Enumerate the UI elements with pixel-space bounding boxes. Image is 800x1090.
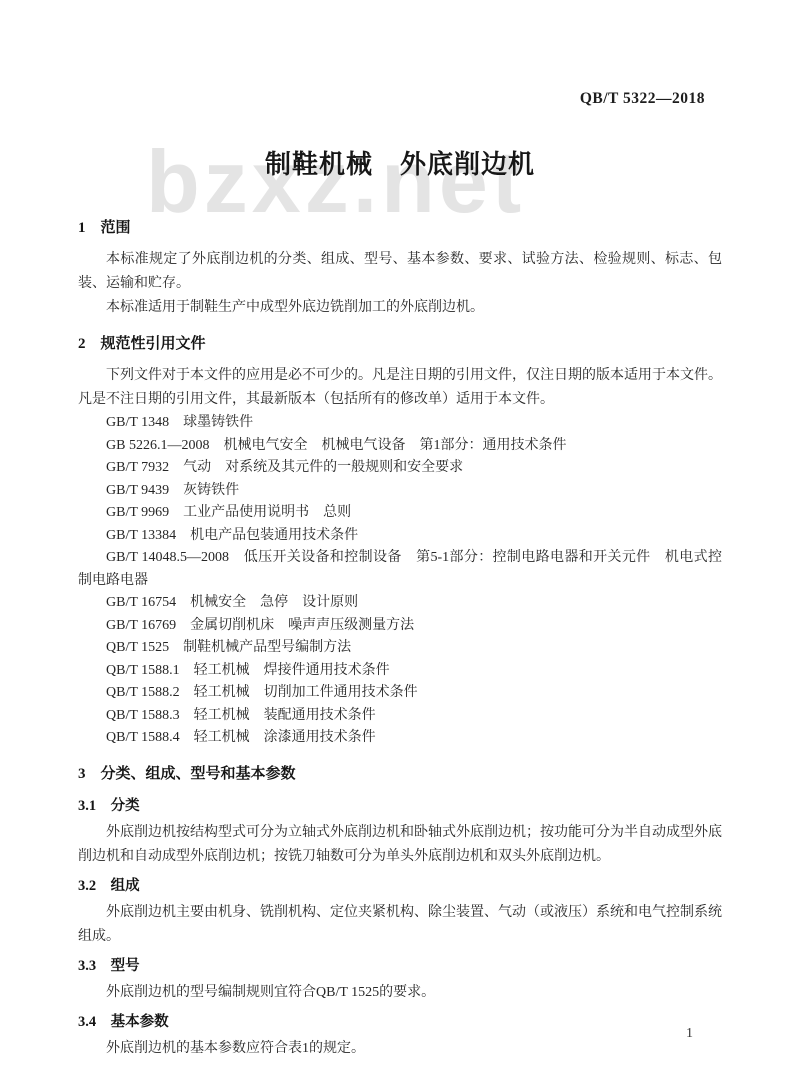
document-page: QB/T 5322—2018 bzxz.net 制鞋机械 外底削边机 1 范围 … xyxy=(0,0,800,1090)
scope-paragraph-2: 本标准适用于制鞋生产中成型外底边铣削加工的外底削边机。 xyxy=(78,296,722,320)
section-3-3-paragraph: 外底削边机的型号编制规则宜符合QB/T 1525的要求。 xyxy=(78,981,722,1005)
section-3-4-paragraph: 外底削边机的基本参数应符合表1的规定。 xyxy=(78,1037,722,1061)
normative-refs-intro: 下列文件对于本文件的应用是必不可少的。凡是注日期的引用文件，仅注日期的版本适用于… xyxy=(78,364,722,412)
reference-item: GB/T 9969 工业产品使用说明书 总则 xyxy=(78,502,722,525)
section-3-3-heading: 3.3 型号 xyxy=(78,954,722,979)
reference-item: QB/T 1588.4 轻工机械 涂漆通用技术条件 xyxy=(78,727,722,750)
reference-item: QB/T 1525 制鞋机械产品型号编制方法 xyxy=(78,637,722,660)
scope-paragraph-1: 本标准规定了外底削边机的分类、组成、型号、基本参数、要求、试验方法、检验规则、标… xyxy=(78,248,722,296)
reference-item: GB/T 7932 气动 对系统及其元件的一般规则和安全要求 xyxy=(78,457,722,480)
reference-item: GB/T 14048.5—2008 低压开关设备和控制设备 第5-1部分：控制电… xyxy=(78,547,722,592)
reference-item: QB/T 1588.3 轻工机械 装配通用技术条件 xyxy=(78,705,722,728)
section-3-4-heading: 3.4 基本参数 xyxy=(78,1010,722,1035)
document-body: 1 范围 本标准规定了外底削边机的分类、组成、型号、基本参数、要求、试验方法、检… xyxy=(78,204,722,1061)
section-3-2-paragraph: 外底削边机主要由机身、铣削机构、定位夹紧机构、除尘装置、气动（或液压）系统和电气… xyxy=(78,901,722,949)
reference-item: QB/T 1588.2 轻工机械 切削加工件通用技术条件 xyxy=(78,682,722,705)
reference-item: QB/T 1588.1 轻工机械 焊接件通用技术条件 xyxy=(78,660,722,683)
reference-item: GB/T 16754 机械安全 急停 设计原则 xyxy=(78,592,722,615)
reference-item: GB/T 13384 机电产品包装通用技术条件 xyxy=(78,525,722,548)
section-3-heading: 3 分类、组成、型号和基本参数 xyxy=(78,762,722,787)
section-1-heading: 1 范围 xyxy=(78,216,722,241)
section-3-1-paragraph: 外底削边机按结构型式可分为立轴式外底削边机和卧轴式外底削边机；按功能可分为半自动… xyxy=(78,821,722,869)
section-3-2-heading: 3.2 组成 xyxy=(78,874,722,899)
reference-item: GB/T 1348 球墨铸铁件 xyxy=(78,412,722,435)
reference-item: GB/T 16769 金属切削机床 噪声声压级测量方法 xyxy=(78,615,722,638)
doc-title: 制鞋机械 外底削边机 xyxy=(0,144,800,181)
reference-item: GB 5226.1—2008 机械电气安全 机械电气设备 第1部分：通用技术条件 xyxy=(78,435,722,458)
section-3-1-heading: 3.1 分类 xyxy=(78,794,722,819)
section-2-heading: 2 规范性引用文件 xyxy=(78,332,722,357)
title-block: 制鞋机械 外底削边机 xyxy=(0,144,800,181)
reference-item: GB/T 9439 灰铸铁件 xyxy=(78,480,722,503)
doc-number: QB/T 5322—2018 xyxy=(580,90,705,108)
